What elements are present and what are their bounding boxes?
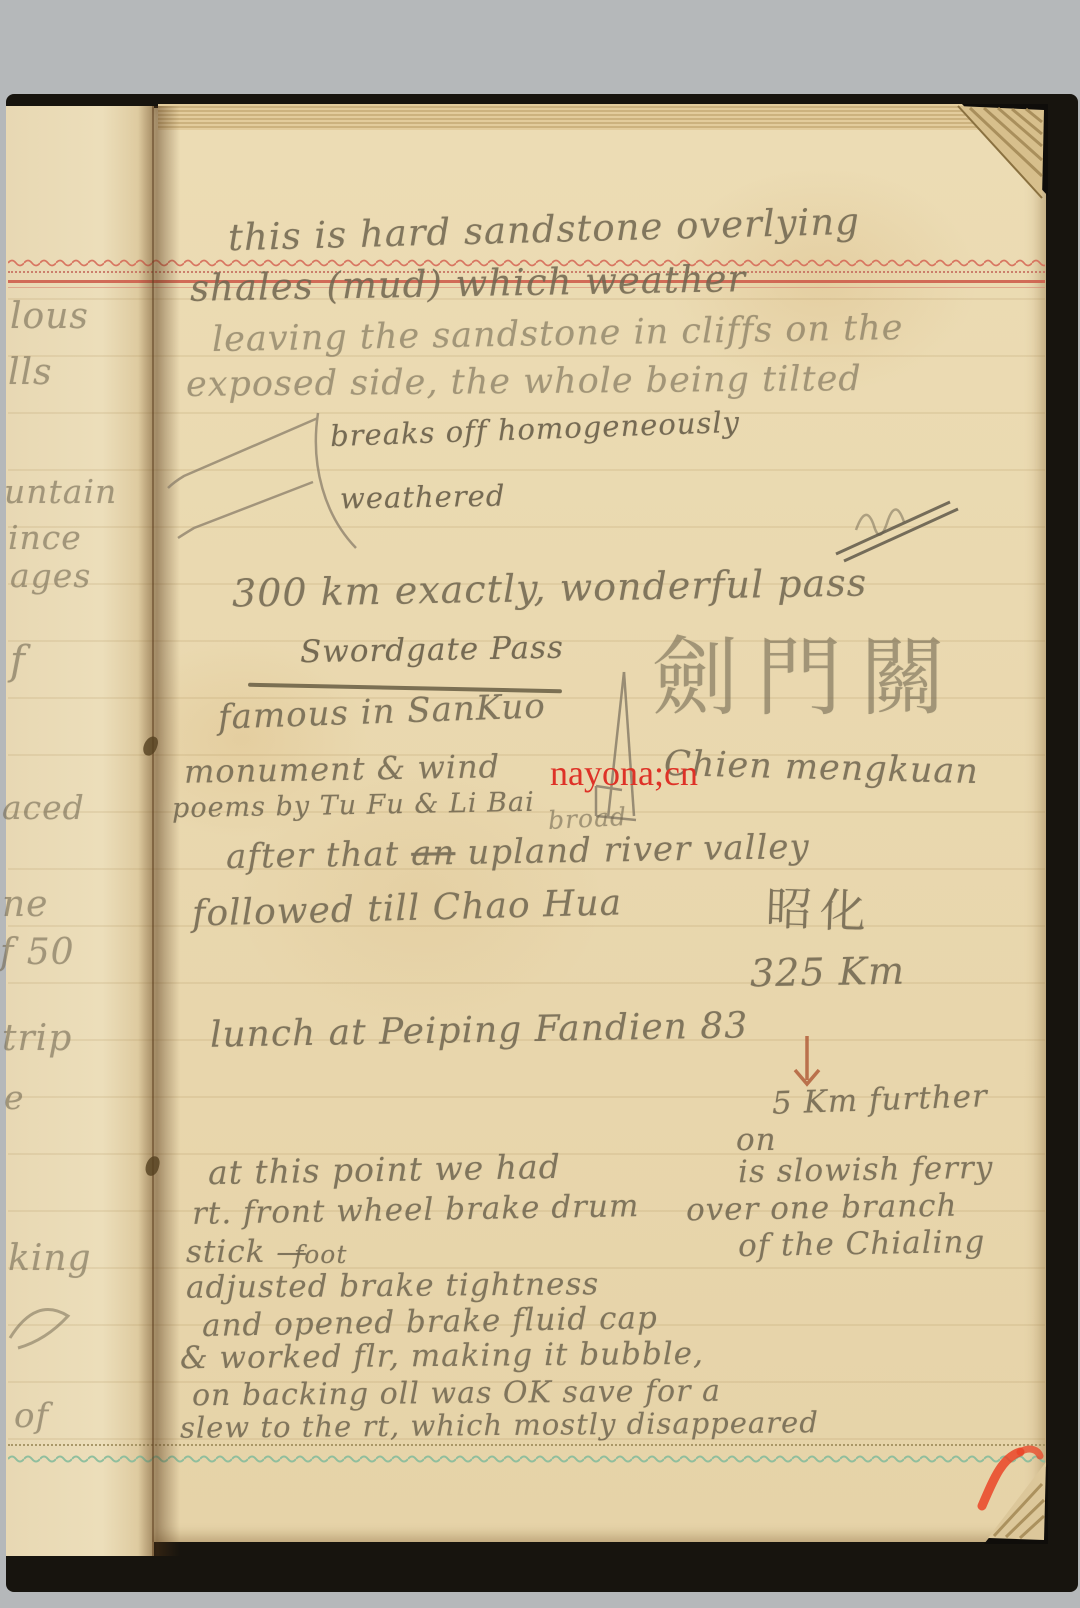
pass-heading: Swordgate Pass <box>300 630 564 671</box>
note-line: & worked flr, making it bubble, <box>180 1336 704 1377</box>
distance-note: 325 Km <box>750 949 906 996</box>
page-stack-edge <box>158 104 1044 130</box>
gutter-shadow <box>138 106 180 1556</box>
left-fragment: of <box>14 1396 49 1436</box>
left-fragment: f 50 <box>0 932 75 973</box>
side-note: of the Chialing <box>738 1224 986 1264</box>
note-line: stick — <box>186 1234 308 1270</box>
chinese-pass-name: 劍門關 <box>652 608 964 732</box>
notebook-scan: lous lls untain ince ages f aced ne f 50… <box>0 0 1080 1608</box>
note-text: upland river valley <box>467 827 810 873</box>
left-fragment: king <box>8 1238 92 1279</box>
left-fragment: aced <box>2 788 85 827</box>
red-crayon-mark <box>960 1440 1050 1530</box>
struck-word: an <box>411 833 456 874</box>
side-note: is slowish ferry <box>738 1150 994 1190</box>
left-page-scribble <box>6 1288 116 1358</box>
note-line: at this point we had <box>208 1147 561 1192</box>
left-fragment: f <box>10 638 26 684</box>
left-fragment: e <box>4 1078 25 1117</box>
dog-ear-top-right <box>952 104 1048 204</box>
left-fragment: ince <box>8 518 82 557</box>
note-line: adjusted brake tightness <box>186 1266 600 1306</box>
left-fragment: lous <box>10 296 89 337</box>
note-line: poems by Tu Fu & Li Bai <box>172 787 535 824</box>
note-line: slew to the rt, which mostly disappeared <box>180 1405 819 1445</box>
note-text: after that <box>226 834 400 877</box>
crossed-out-word <box>828 468 968 563</box>
diagram-label: weathered <box>340 479 506 516</box>
pass-romanization: Chien mengkuan <box>664 744 980 792</box>
chinese-chaohua: 昭化 <box>765 872 875 942</box>
gutter-fold-line <box>152 106 154 1556</box>
left-fragment: ages <box>10 556 91 595</box>
side-note: 5 Km further <box>771 1078 988 1122</box>
watermark: nayona;cn <box>550 752 698 794</box>
left-fragment: untain <box>4 472 117 511</box>
left-fragment: trip <box>2 1018 72 1059</box>
insert-word: foot <box>294 1240 347 1269</box>
side-note: on <box>736 1122 777 1158</box>
left-fragment: ne <box>2 884 49 925</box>
note-line: monument & wind <box>184 747 501 791</box>
side-note: over one branch <box>686 1188 958 1229</box>
left-fragment: lls <box>8 352 53 393</box>
